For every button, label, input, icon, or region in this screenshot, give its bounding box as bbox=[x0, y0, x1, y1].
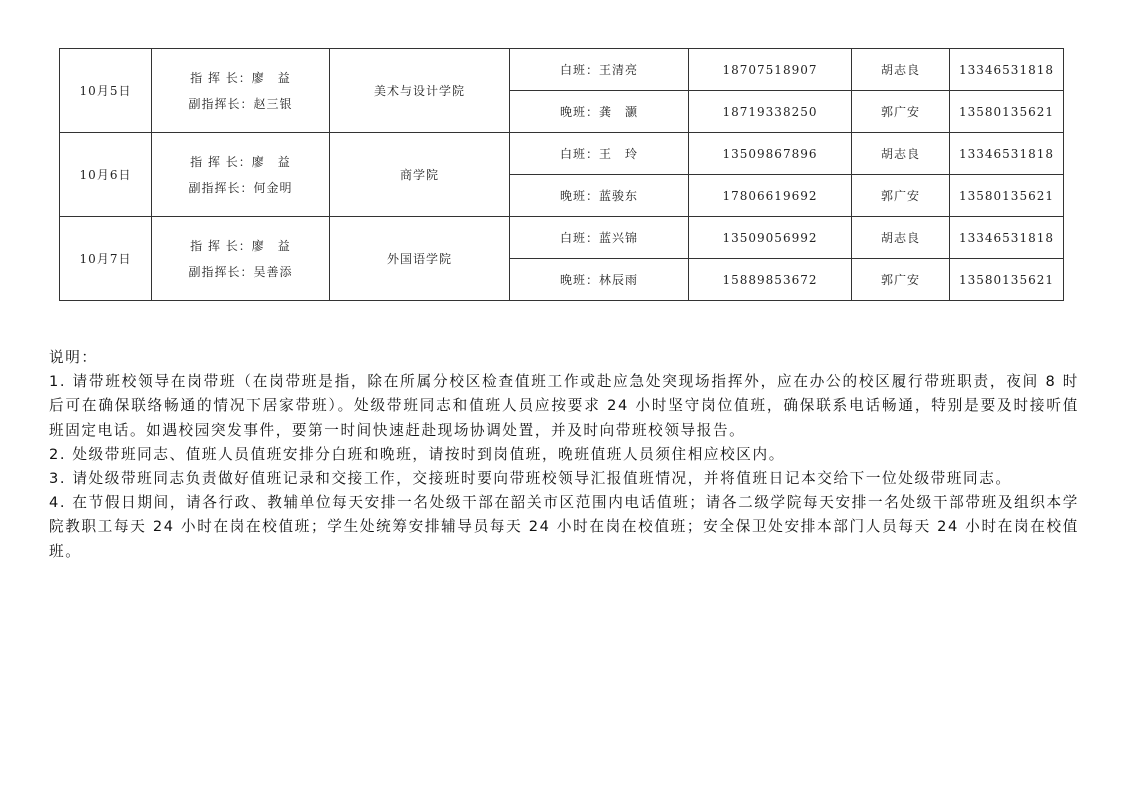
duty-schedule-table: 10月5日 指 挥 长：廖 益 副指挥长：赵三银 美术与设计学院 白班：王清亮 … bbox=[59, 48, 1064, 301]
security-phone-cell: 13580135621 bbox=[950, 175, 1064, 217]
staff-phone-cell: 17806619692 bbox=[689, 175, 852, 217]
security-cell: 胡志良 bbox=[852, 217, 950, 259]
leaders-cell: 指 挥 长：廖 益 副指挥长：吴善添 bbox=[152, 217, 330, 301]
security-cell: 郭广安 bbox=[852, 259, 950, 301]
note-item-3: 3. 请处级带班同志负责做好值班记录和交接工作，交接班时要向带班校领导汇报值班情… bbox=[49, 467, 1079, 491]
security-cell: 胡志良 bbox=[852, 49, 950, 91]
security-cell: 胡志良 bbox=[852, 133, 950, 175]
staff-cell: 白班：蓝兴锦 bbox=[510, 217, 689, 259]
notes-section: 说明： 1. 请带班校领导在岗带班（在岗带班是指，除在所属分校区检查值班工作或赴… bbox=[49, 346, 1079, 564]
staff-phone-cell: 13509867896 bbox=[689, 133, 852, 175]
college-cell: 外国语学院 bbox=[330, 217, 510, 301]
staff-phone-cell: 18719338250 bbox=[689, 91, 852, 133]
notes-heading: 说明： bbox=[49, 346, 1079, 370]
deputy-commander: 副指挥长：吴善添 bbox=[152, 259, 329, 285]
security-phone-cell: 13346531818 bbox=[950, 217, 1064, 259]
security-phone-cell: 13346531818 bbox=[950, 133, 1064, 175]
staff-phone-cell: 18707518907 bbox=[689, 49, 852, 91]
college-cell: 商学院 bbox=[330, 133, 510, 217]
staff-cell: 晚班：蓝骏东 bbox=[510, 175, 689, 217]
date-cell: 10月7日 bbox=[60, 217, 152, 301]
college-cell: 美术与设计学院 bbox=[330, 49, 510, 133]
table-row: 10月5日 指 挥 长：廖 益 副指挥长：赵三银 美术与设计学院 白班：王清亮 … bbox=[60, 49, 1064, 91]
security-phone-cell: 13346531818 bbox=[950, 49, 1064, 91]
staff-cell: 晚班：林辰雨 bbox=[510, 259, 689, 301]
security-cell: 郭广安 bbox=[852, 91, 950, 133]
staff-cell: 白班：王 玲 bbox=[510, 133, 689, 175]
security-phone-cell: 13580135621 bbox=[950, 91, 1064, 133]
table-row: 10月7日 指 挥 长：廖 益 副指挥长：吴善添 外国语学院 白班：蓝兴锦 13… bbox=[60, 217, 1064, 259]
commander: 指 挥 长：廖 益 bbox=[152, 233, 329, 259]
date-cell: 10月5日 bbox=[60, 49, 152, 133]
staff-cell: 晚班：龚 灏 bbox=[510, 91, 689, 133]
staff-phone-cell: 15889853672 bbox=[689, 259, 852, 301]
leaders-cell: 指 挥 长：廖 益 副指挥长：赵三银 bbox=[152, 49, 330, 133]
date-cell: 10月6日 bbox=[60, 133, 152, 217]
deputy-commander: 副指挥长：何金明 bbox=[152, 175, 329, 201]
commander: 指 挥 长：廖 益 bbox=[152, 149, 329, 175]
table-row: 10月6日 指 挥 长：廖 益 副指挥长：何金明 商学院 白班：王 玲 1350… bbox=[60, 133, 1064, 175]
staff-cell: 白班：王清亮 bbox=[510, 49, 689, 91]
document-page: 10月5日 指 挥 长：廖 益 副指挥长：赵三银 美术与设计学院 白班：王清亮 … bbox=[0, 0, 1122, 793]
security-phone-cell: 13580135621 bbox=[950, 259, 1064, 301]
note-item-2: 2. 处级带班同志、值班人员值班安排分白班和晚班，请按时到岗值班，晚班值班人员须… bbox=[49, 443, 1079, 467]
note-item-1: 1. 请带班校领导在岗带班（在岗带班是指，除在所属分校区检查值班工作或赴应急处突… bbox=[49, 370, 1079, 443]
commander: 指 挥 长：廖 益 bbox=[152, 65, 329, 91]
security-cell: 郭广安 bbox=[852, 175, 950, 217]
deputy-commander: 副指挥长：赵三银 bbox=[152, 91, 329, 117]
note-item-4: 4. 在节假日期间，请各行政、教辅单位每天安排一名处级干部在韶关市区范围内电话值… bbox=[49, 491, 1079, 564]
staff-phone-cell: 13509056992 bbox=[689, 217, 852, 259]
leaders-cell: 指 挥 长：廖 益 副指挥长：何金明 bbox=[152, 133, 330, 217]
